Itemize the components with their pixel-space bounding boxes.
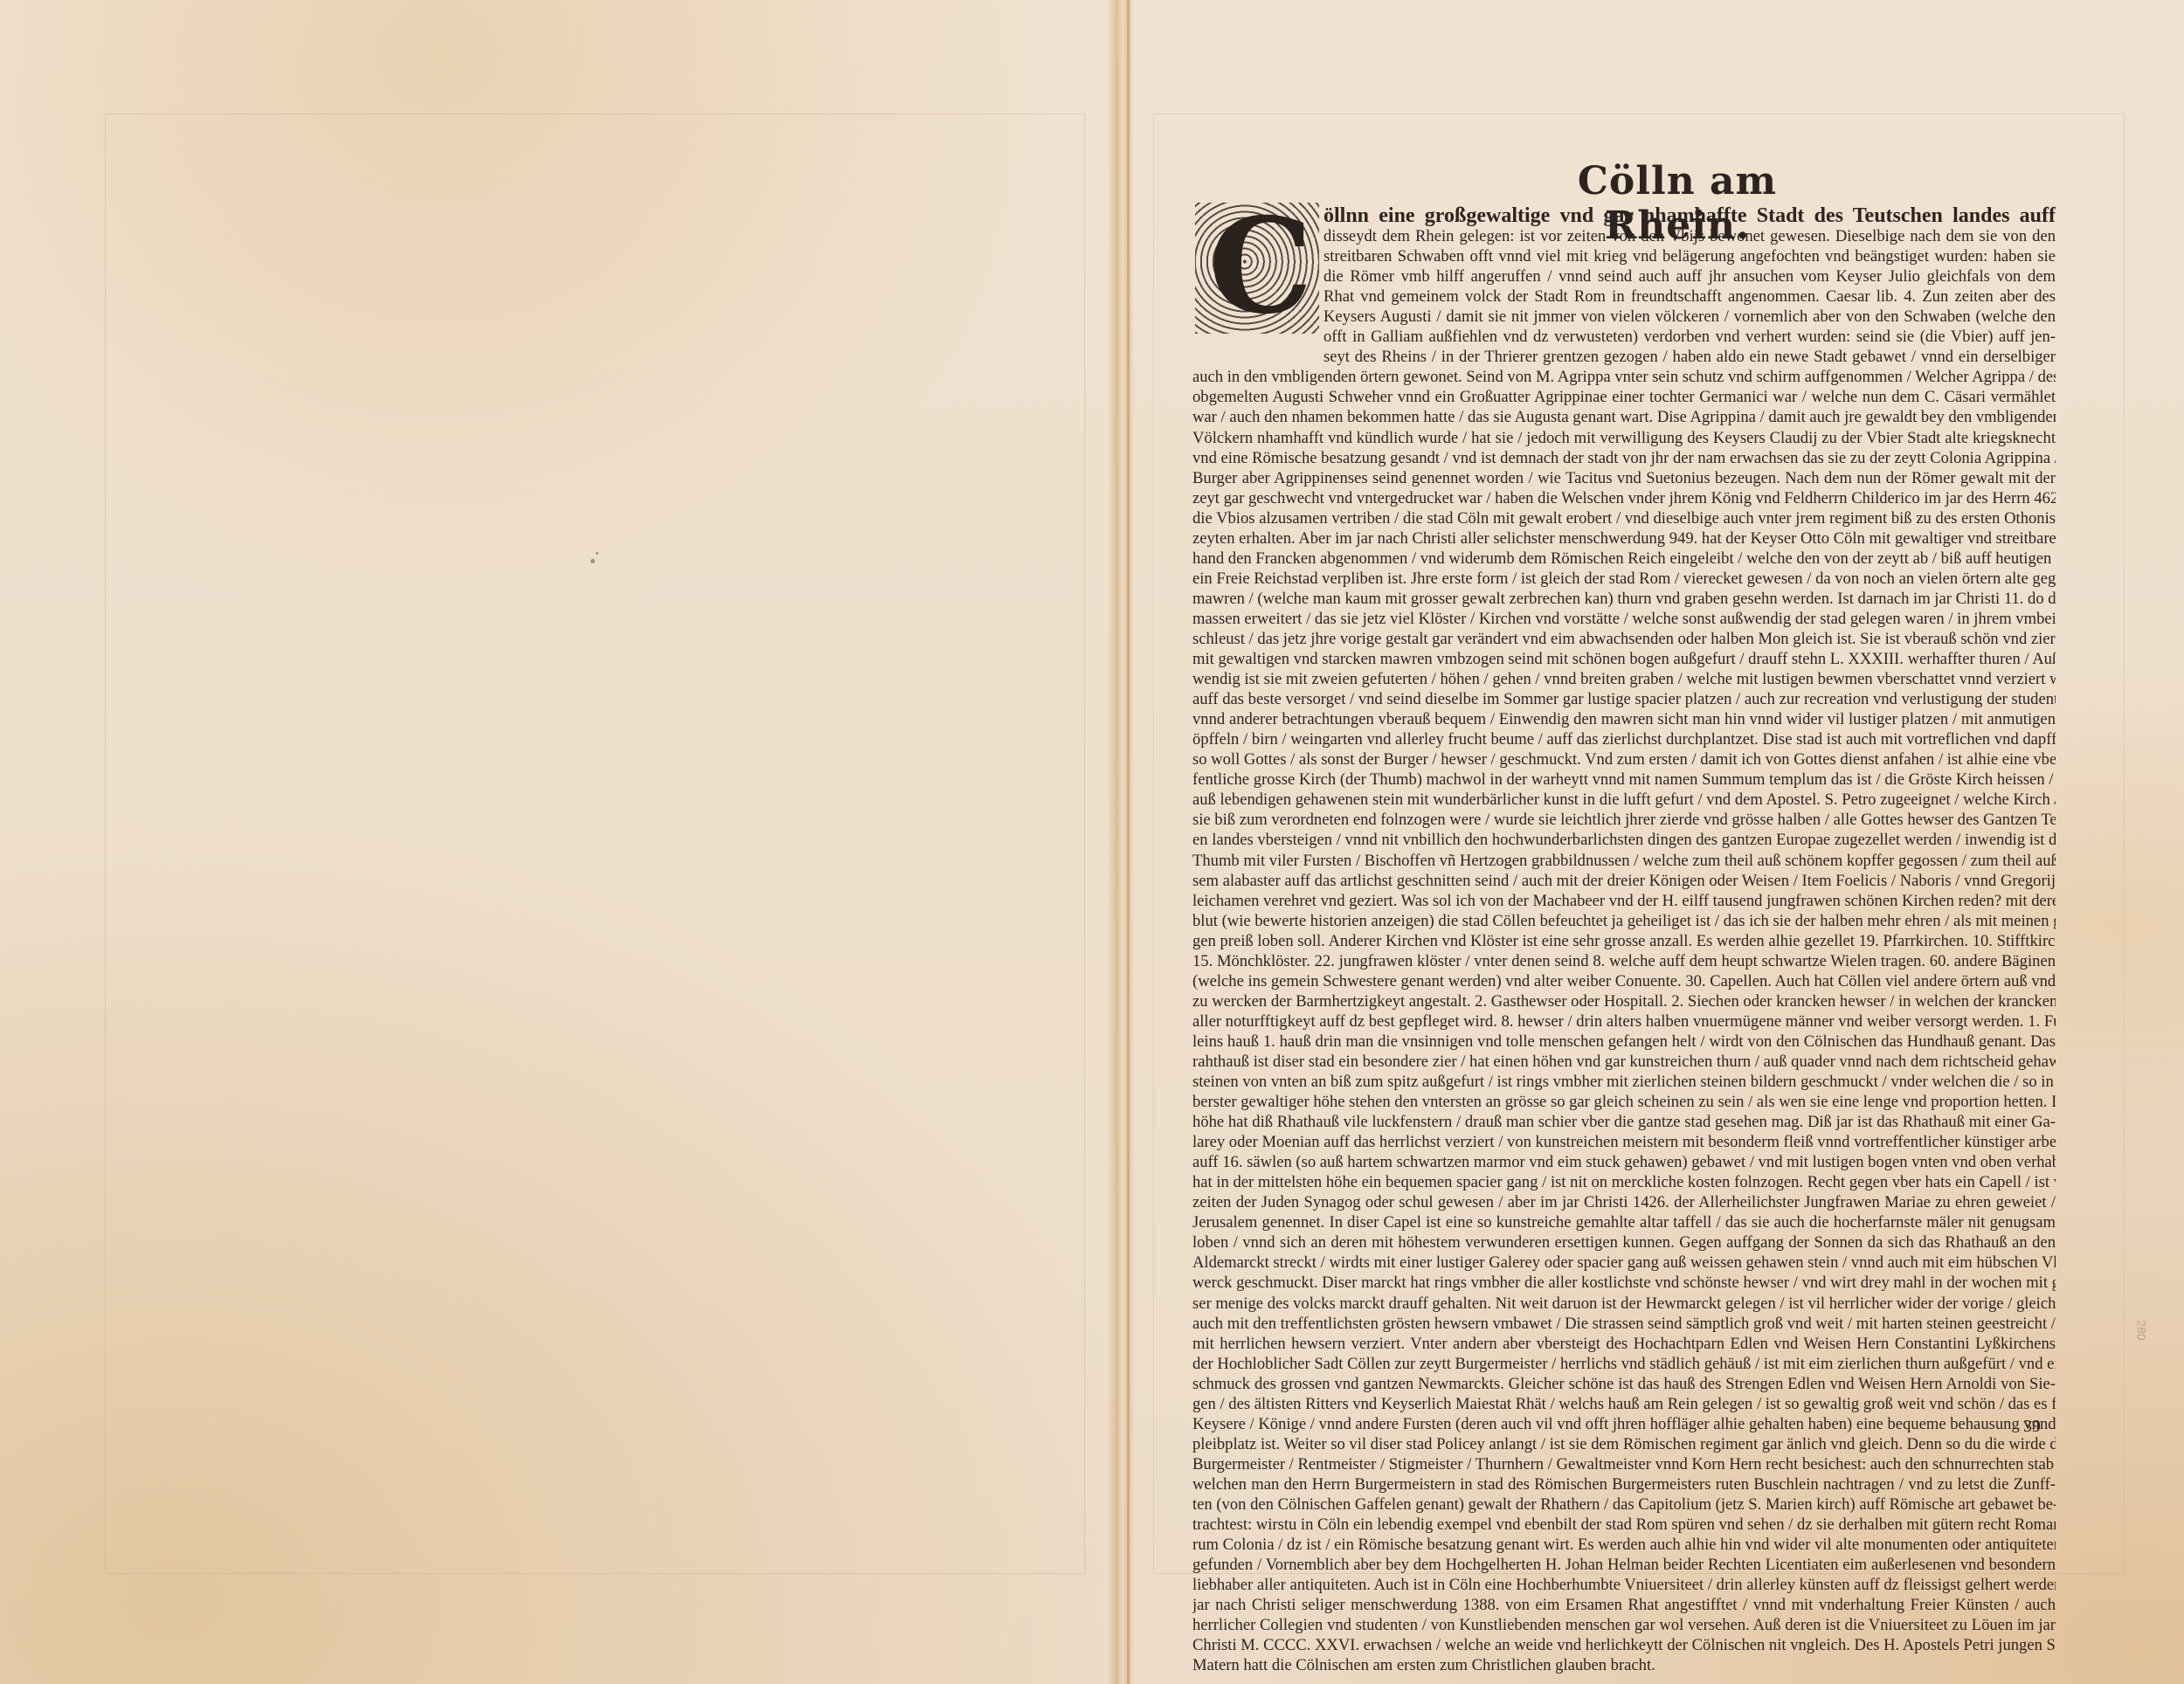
- text-line: mit herrlichen hewsern verziert. Vnter a…: [1192, 1334, 2056, 1354]
- text-line: rum Colonia / dz ist / ein Römische besa…: [1192, 1535, 2056, 1555]
- text-line: mit gewaltigen vnd starcken mawren vmbzo…: [1192, 649, 2056, 669]
- text-line: die Vbios alzusamen vertriben / die stad…: [1192, 508, 2056, 528]
- text-line: obgemelten Augusti Schweher vnnd ein Gro…: [1192, 387, 2056, 407]
- text-line: Jerusalem genennet. In diser Capel ist e…: [1192, 1212, 2056, 1232]
- center-fold-line: [1127, 0, 1130, 1684]
- text-line: en landes vbersteigen / vnnd nit vnbilli…: [1192, 830, 2056, 850]
- text-line: zeyt gar geschwecht vnd vntergedrucket w…: [1192, 488, 2056, 508]
- text-line: ser menige des volcks marckt drauff geha…: [1192, 1294, 2056, 1314]
- text-line: Burger aber Agrippinenses seind genennet…: [1192, 468, 2056, 488]
- text-line: leichamen verehret vnd geziert. Was sol …: [1192, 891, 2056, 911]
- text-line: jar nach Christi seliger menschwerdung 1…: [1192, 1595, 2056, 1615]
- text-line: massen erweitert / das sie jetz viel Klö…: [1192, 609, 2056, 629]
- text-line: liebhaber aller antiquiteten. Auch ist i…: [1192, 1575, 2056, 1595]
- pencil-margin-note: 280: [2135, 1320, 2149, 1340]
- text-line: (welche ins gemein Schwestere genant wer…: [1192, 971, 2056, 991]
- text-line: gen / des ältisten Ritters vnd Keyserlic…: [1192, 1394, 2056, 1414]
- text-line: schleust / das jetz jhre vorige gestalt …: [1192, 629, 2056, 649]
- text-line: hand den Francken abgenommen / vnd wider…: [1192, 549, 2056, 569]
- text-line: gen preiß loben soll. Anderer Kirchen vn…: [1192, 931, 2056, 951]
- text-line: offt in Galliam außfiehlen vnd dz verwus…: [1192, 327, 2056, 347]
- text-line: hat in der mittelsten höhe ein bequemen …: [1192, 1172, 2056, 1192]
- text-line: werck geschmuckt. Diser marckt hat rings…: [1192, 1273, 2056, 1293]
- text-line: auß lebendigen gehawenen stein mit wunde…: [1192, 790, 2056, 810]
- text-line: auff 16. säwlen (so auß hartem schwartze…: [1192, 1152, 2056, 1172]
- text-line: pleibplatz ist. Weiter so vil diser stad…: [1192, 1434, 2056, 1454]
- text-line: herrlicher Collegien vnd studenten / von…: [1192, 1615, 2056, 1635]
- text-line: sie biß zum verordneten end folnzogen we…: [1192, 810, 2056, 830]
- text-line: Thumb mit viler Fursten / Bischoffen vñ …: [1192, 851, 2056, 871]
- text-line: zu wercken der Barmhertzigkeyt angestalt…: [1192, 991, 2056, 1011]
- text-line: Keysere / Könige / vnnd andere Fursten (…: [1192, 1414, 2056, 1434]
- text-line: Völckern nhamhafft vnd kündlich wurde / …: [1192, 428, 2056, 448]
- left-page-blank: [0, 0, 1118, 1684]
- text-line: disseydt dem Rhein gelegen: ist vor zeit…: [1192, 226, 2056, 246]
- text-line: schmuck des grossen vnd gantzen Newmarck…: [1192, 1374, 2056, 1394]
- text-line: steinen von vnten an biß zum spitz außge…: [1192, 1072, 2056, 1092]
- text-line: larey oder Moenian auff das herrlichst v…: [1192, 1132, 2056, 1152]
- ink-spot: [591, 559, 595, 563]
- page-number: 39: [2023, 1417, 2041, 1437]
- body-text: öllnn eine großgewaltige vnd gar nhamhaf…: [1192, 206, 2056, 1675]
- text-line: 15. Mönchklöster. 22. jungfrawen klöster…: [1192, 951, 2056, 971]
- text-line: gefunden / Vornemblich aber bey dem Hoch…: [1192, 1555, 2056, 1575]
- text-line: war / auch den nhamen bekommen hatte / d…: [1192, 407, 2056, 427]
- text-line: vnnd anderer betrachtungen vberauß beque…: [1192, 709, 2056, 729]
- text-line: auff das beste versorget / vnd seind die…: [1192, 689, 2056, 709]
- text-line: Aldemarckt streckt / wirdts mit einer lu…: [1192, 1253, 2056, 1273]
- text-line: ten (von den Cölnischen Gaffelen genant)…: [1192, 1494, 2056, 1515]
- text-line: welchen man den Herrn Burgermeistern in …: [1192, 1474, 2056, 1494]
- text-line: Burgermeister / Rentmeister / Stigmeiste…: [1192, 1454, 2056, 1474]
- text-line: auch mit den treffentlichsten grösten he…: [1192, 1314, 2056, 1334]
- text-line: blut (wie bewerte historien anzeigen) di…: [1192, 911, 2056, 931]
- text-line: Christi M. CCCC. XXVI. erwachsen / welch…: [1192, 1635, 2056, 1655]
- center-fold: [1108, 0, 1134, 1684]
- text-line: der Hochloblicher Sadt Cöllen zur zeytt …: [1192, 1354, 2056, 1374]
- text-line: aller noturfftigkeyt auff dz best gepfle…: [1192, 1011, 2056, 1032]
- text-line: öpffeln / birn / weingarten vnd allerley…: [1192, 729, 2056, 749]
- text-line: höhe hat diß Rhathauß vile luckfenstern …: [1192, 1112, 2056, 1132]
- text-line: wendig ist sie mit zweien gefuterten / h…: [1192, 669, 2056, 689]
- left-platemark: [105, 114, 1085, 1574]
- text-line: Matern hatt die Cölnischen am ersten zum…: [1192, 1655, 2056, 1675]
- text-line: ein Freie Reichstad verpliben ist. Jhre …: [1192, 569, 2056, 589]
- text-line: zeyten erhalten. Aber im jar nach Christ…: [1192, 528, 2056, 549]
- text-line: rahthauß ist diser stad ein besondere zi…: [1192, 1052, 2056, 1072]
- text-line: seyt des Rheins / in der Thrierer grentz…: [1192, 347, 2056, 367]
- text-line: loben / vnnd sich an deren mit höhestem …: [1192, 1232, 2056, 1253]
- text-line: Rhat vnd gemeinem volck der Stadt Rom in…: [1192, 286, 2056, 307]
- text-line: die Römer vmb hilff angeruffen / vnnd se…: [1192, 266, 2056, 286]
- text-line: sem alabaster auff das artlichst geschni…: [1192, 871, 2056, 891]
- text-line: berster gewaltiger höhe stehen den vnter…: [1192, 1092, 2056, 1112]
- text-line: vnd eine Römische besatzung gesandt / vn…: [1192, 448, 2056, 468]
- ink-spot: [596, 552, 598, 555]
- text-line: auch in den vmbligenden örtern gewonet. …: [1192, 367, 2056, 387]
- text-line: streitbaren Schwaben offt vnnd viel mit …: [1192, 246, 2056, 266]
- text-line: trachtest: wirstu in Cöln ein lebendig e…: [1192, 1515, 2056, 1535]
- text-line: fentliche grosse Kirch (der Thumb) machw…: [1192, 770, 2056, 790]
- text-line: leins hauß 1. hauß drin man die vnsinnig…: [1192, 1032, 2056, 1052]
- text-line: Keysers Augusti / damit sie nit jmmer vo…: [1192, 307, 2056, 327]
- text-line: mawren / (welche man kaum mit grosser ge…: [1192, 589, 2056, 609]
- text-line: so woll Gottes / als sonst der Burger / …: [1192, 749, 2056, 770]
- text-line: zeiten der Juden Synagog oder schul gewe…: [1192, 1192, 2056, 1212]
- text-line: öllnn eine großgewaltige vnd gar nhamhaf…: [1192, 206, 2056, 226]
